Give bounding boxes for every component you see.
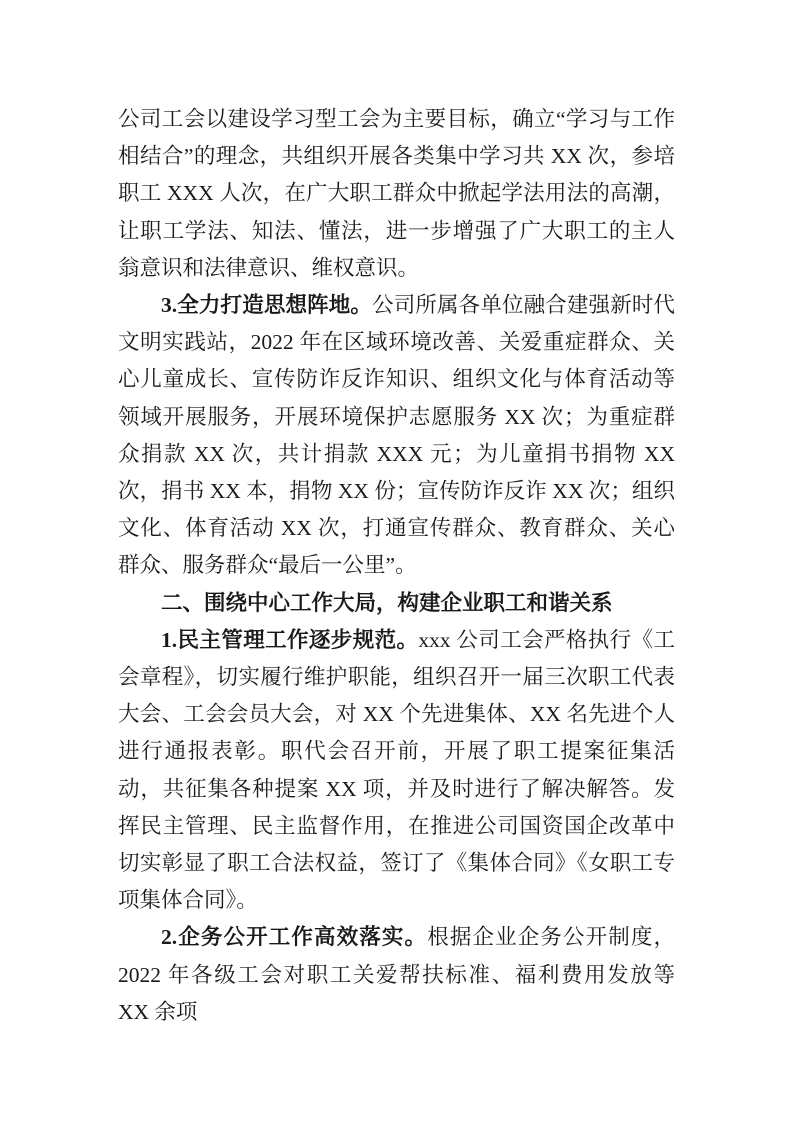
paragraph: 1.民主管理工作逐步规范。xxx 公司工会严格执行《工会章程》，切实履行维护职能…: [118, 622, 675, 920]
document-body: 公司工会以建设学习型工会为主要目标，确立“学习与工作相结合”的理念，共组织开展各…: [118, 101, 675, 1031]
paragraph-text: 公司所属各单位融合建强新时代文明实践站，2022 年在区域环境改善、关爱重症群众…: [118, 293, 675, 577]
paragraph: 3.全力打造思想阵地。公司所属各单位融合建强新时代文明实践站，2022 年在区域…: [118, 287, 675, 585]
paragraph: 公司工会以建设学习型工会为主要目标，确立“学习与工作相结合”的理念，共组织开展各…: [118, 101, 675, 287]
paragraph-lead: 1.民主管理工作逐步规范。: [161, 628, 418, 652]
paragraph-lead: 3.全力打造思想阵地。: [161, 293, 372, 317]
paragraph-text: 公司工会以建设学习型工会为主要目标，确立“学习与工作相结合”的理念，共组织开展各…: [118, 107, 675, 280]
document-page: 公司工会以建设学习型工会为主要目标，确立“学习与工作相结合”的理念，共组织开展各…: [0, 0, 793, 1122]
paragraph-text: xxx 公司工会严格执行《工会章程》，切实履行维护职能，组织召开一届三次职工代表…: [118, 628, 675, 912]
section-heading: 二、围绕中心工作大局，构建企业职工和谐关系: [118, 585, 675, 622]
paragraph-lead: 2.企务公开工作高效落实。: [161, 925, 427, 949]
paragraph: 2.企务公开工作高效落实。根据企业企务公开制度，2022 年各级工会对职工关爱帮…: [118, 919, 675, 1031]
